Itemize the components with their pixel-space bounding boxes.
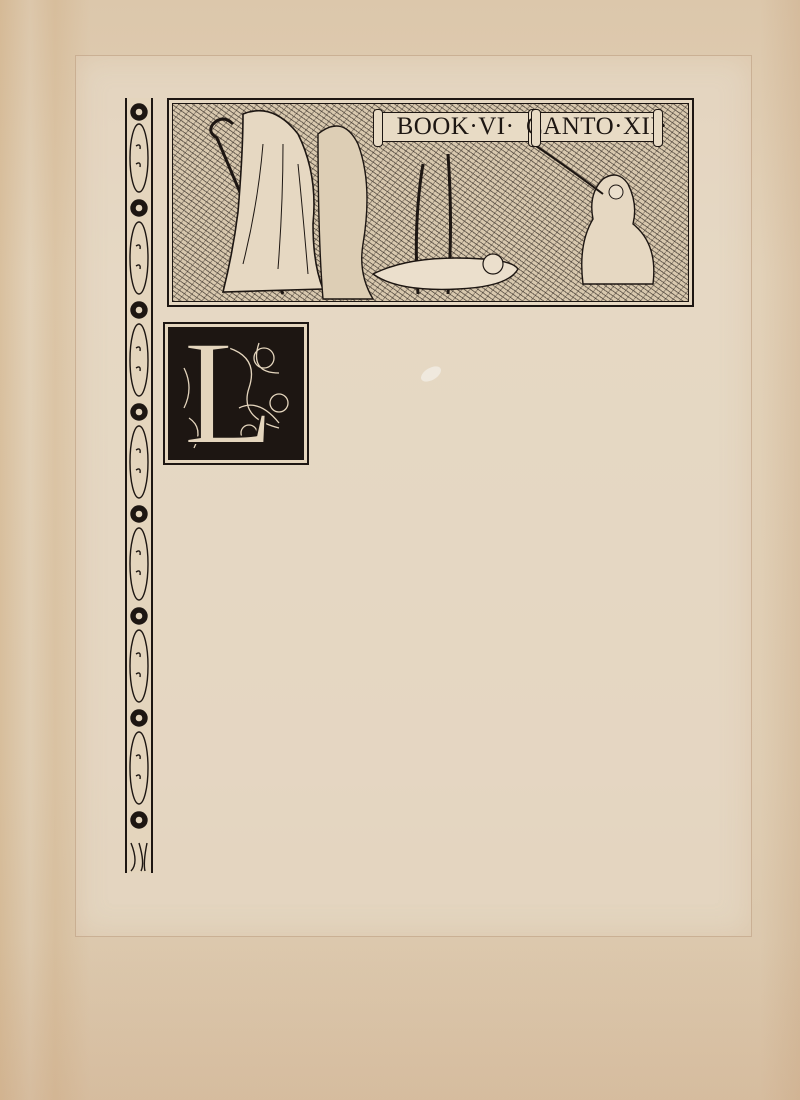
paper-stain-bottom	[0, 940, 800, 1100]
paper-stain-right	[760, 0, 800, 1100]
woodland-scene: BOOK·VI· CANTO·XII·	[172, 103, 689, 302]
decorated-initial-background: L	[168, 327, 304, 460]
canto-number-banner: CANTO·XII·	[537, 112, 657, 142]
header-illustration-panel: BOOK·VI· CANTO·XII·	[167, 98, 694, 307]
vine-ornament-icon	[127, 98, 151, 873]
initial-letter: L	[183, 327, 275, 460]
decorated-initial: L	[163, 322, 309, 465]
book-number-text: BOOK·VI·	[397, 113, 515, 141]
canto-number-text: CANTO·XII·	[526, 113, 668, 141]
book-number-banner: BOOK·VI·	[379, 112, 532, 142]
left-ornamental-border	[125, 98, 153, 873]
